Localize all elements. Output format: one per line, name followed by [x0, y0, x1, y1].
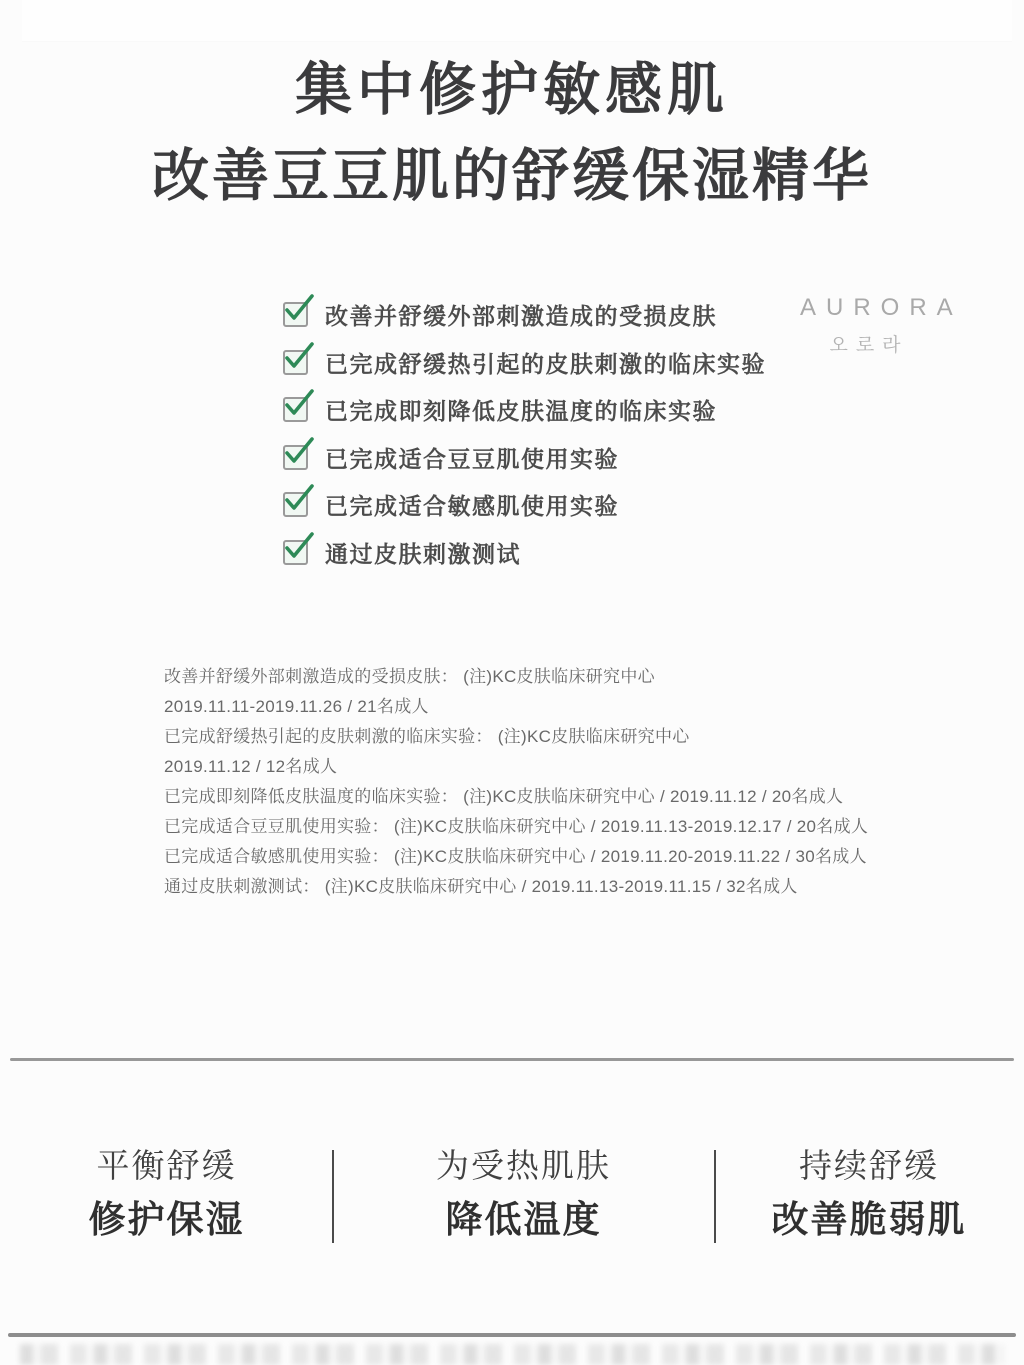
brand-name: AURORA: [790, 294, 940, 322]
note-line: 已完成即刻降低皮肤温度的临床实验： (注)KC皮肤临床研究中心 / 2019.1…: [164, 782, 944, 812]
title-line-2: 改善豆豆肌的舒缓保湿精华: [0, 140, 1024, 212]
benefit-title: 修护保湿: [0, 1198, 333, 1242]
claim-item: 已完成适合敏感肌使用实验: [283, 491, 766, 518]
top-band: [22, 0, 1012, 42]
product-detail-page: { "title": { "line1": "集中修护敏感肌", "line2"…: [0, 0, 1024, 1365]
note-line: 改善并舒缓外部刺激造成的受损皮肤： (注)KC皮肤临床研究中心: [164, 662, 944, 692]
checkbox-checked-icon: [283, 302, 308, 327]
checkbox-checked-icon: [283, 350, 308, 375]
benefit-subtitle: 平衡舒缓: [0, 1146, 333, 1186]
claim-label: 已完成即刻降低皮肤温度的临床实验: [325, 393, 717, 426]
cropped-next-section: [20, 1344, 1004, 1365]
divider-line-top: [10, 1058, 1014, 1061]
benefit-title: 改善脆弱肌: [714, 1198, 1024, 1242]
claim-item: 通过皮肤刺激测试: [283, 539, 766, 566]
page-title: 集中修护敏感肌 改善豆豆肌的舒缓保湿精华: [0, 54, 1024, 212]
note-line: 已完成舒缓热引起的皮肤刺激的临床实验： (注)KC皮肤临床研究中心: [164, 722, 944, 752]
note-line: 已完成适合豆豆肌使用实验： (注)KC皮肤临床研究中心 / 2019.11.13…: [164, 812, 944, 842]
checkbox-checked-icon: [283, 540, 308, 565]
benefit-column-3: 持续舒缓 改善脆弱肌: [714, 1146, 1024, 1242]
claim-label: 通过皮肤刺激测试: [325, 536, 521, 569]
claim-item: 改善并舒缓外部刺激造成的受损皮肤: [283, 301, 766, 328]
title-line-1: 集中修护敏感肌: [0, 54, 1024, 126]
brand-name-korean: 오로라: [790, 330, 940, 357]
checkbox-checked-icon: [283, 397, 308, 422]
claim-item: 已完成即刻降低皮肤温度的临床实验: [283, 396, 766, 423]
note-line: 2019.11.12 / 12名成人: [164, 752, 944, 782]
checkbox-checked-icon: [283, 445, 308, 470]
claim-item: 已完成舒缓热引起的皮肤刺激的临床实验: [283, 349, 766, 376]
claim-label: 已完成适合敏感肌使用实验: [325, 488, 619, 521]
claim-label: 已完成舒缓热引起的皮肤刺激的临床实验: [325, 346, 766, 379]
clinical-notes: 改善并舒缓外部刺激造成的受损皮肤： (注)KC皮肤临床研究中心 2019.11.…: [164, 662, 944, 902]
benefit-column-2: 为受热肌肤 降低温度: [333, 1146, 714, 1242]
benefit-subtitle: 为受热肌肤: [333, 1146, 714, 1186]
benefits-row: 平衡舒缓 修护保湿 为受热肌肤 降低温度 持续舒缓 改善脆弱肌: [0, 1146, 1024, 1256]
claim-label: 已完成适合豆豆肌使用实验: [325, 441, 619, 474]
benefit-column-1: 平衡舒缓 修护保湿: [0, 1146, 333, 1242]
benefit-subtitle: 持续舒缓: [714, 1146, 1024, 1186]
claims-checklist: 改善并舒缓外部刺激造成的受损皮肤 已完成舒缓热引起的皮肤刺激的临床实验 已完成即…: [283, 301, 766, 586]
divider-line-bottom: [8, 1333, 1016, 1337]
note-line: 通过皮肤刺激测试： (注)KC皮肤临床研究中心 / 2019.11.13-201…: [164, 872, 944, 902]
brand-watermark: AURORA 오로라: [790, 294, 940, 357]
claim-item: 已完成适合豆豆肌使用实验: [283, 444, 766, 471]
claim-label: 改善并舒缓外部刺激造成的受损皮肤: [325, 298, 717, 331]
note-line: 已完成适合敏感肌使用实验： (注)KC皮肤临床研究中心 / 2019.11.20…: [164, 842, 944, 872]
checkbox-checked-icon: [283, 492, 308, 517]
note-line: 2019.11.11-2019.11.26 / 21名成人: [164, 692, 944, 722]
benefit-title: 降低温度: [333, 1198, 714, 1242]
